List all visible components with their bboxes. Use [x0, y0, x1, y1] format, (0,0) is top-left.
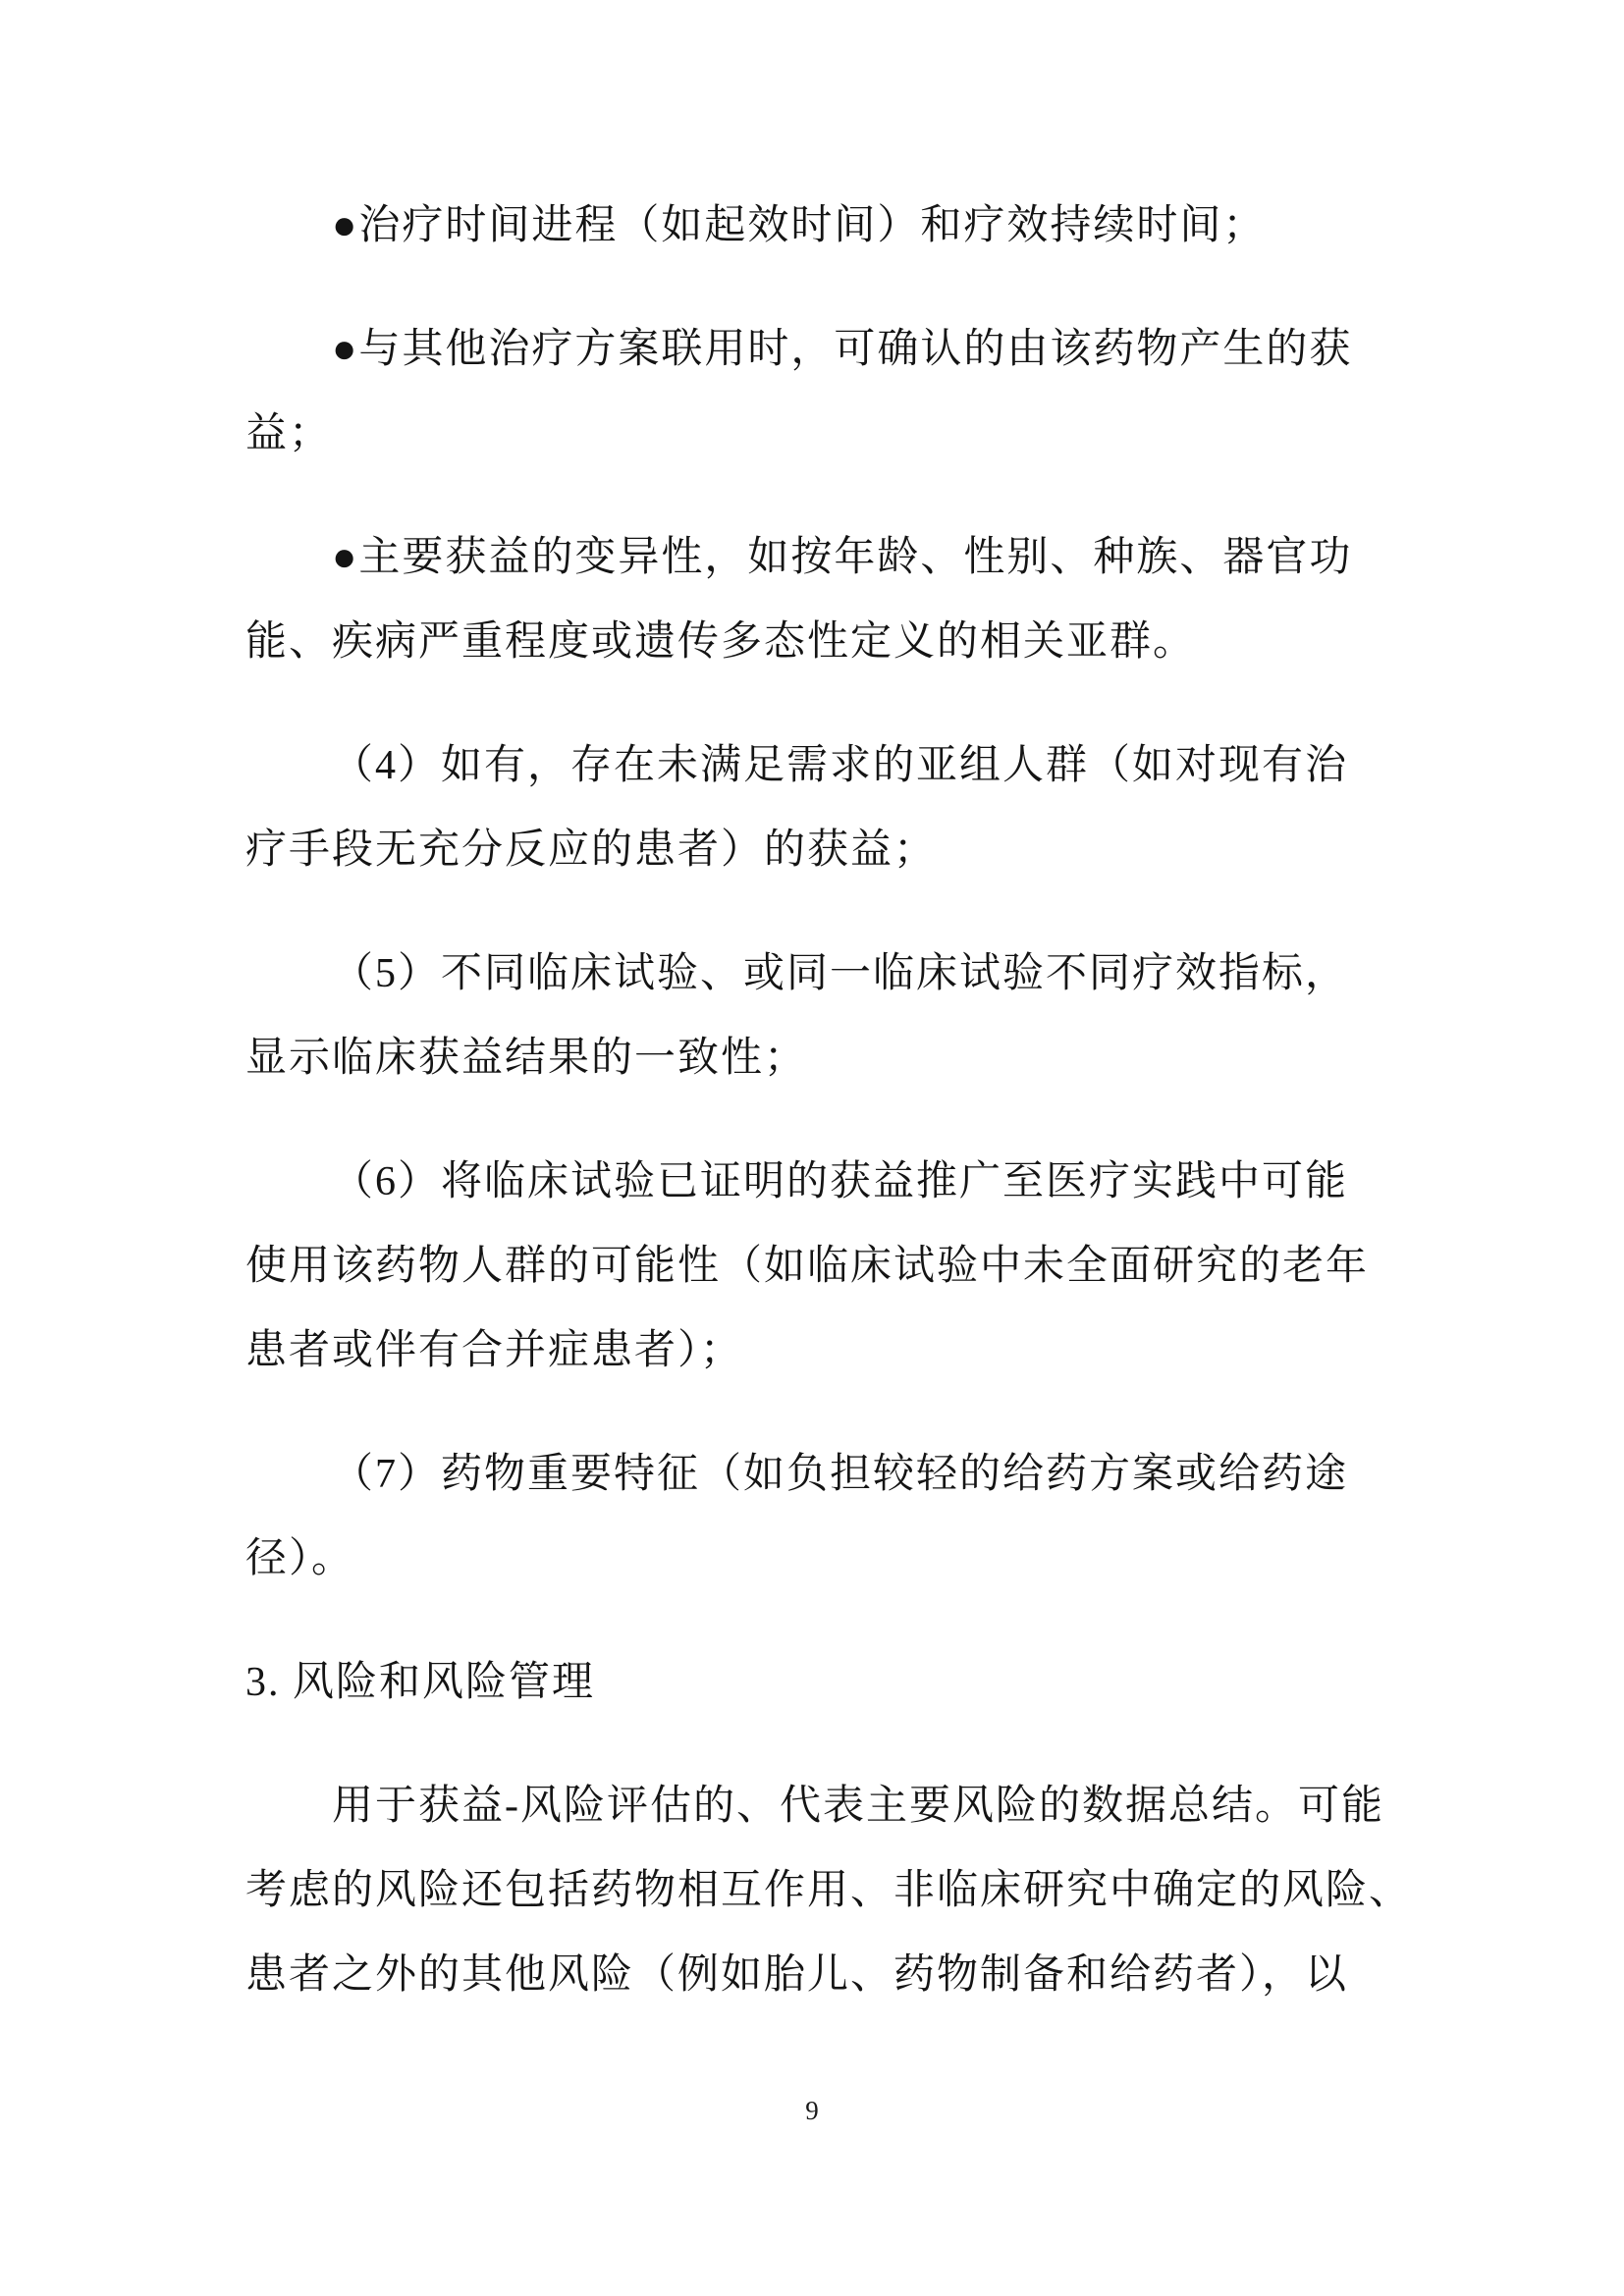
text-line: 用于获益-风险评估的、代表主要风险的数据总结。可能	[245, 1764, 1375, 1848]
bullet-benefit-variability: ●主要获益的变异性，如按年龄、性别、种族、器官功能、疾病严重程度或遗传多态性定义…	[245, 515, 1375, 684]
text-line: 能、疾病严重程度或遗传多态性定义的相关亚群。	[245, 600, 1375, 684]
item-6-generalizability: （6）将临床试验已证明的获益推广至医疗实践中可能使用该药物人群的可能性（如临床试…	[245, 1140, 1375, 1393]
text-line: 显示临床获益结果的一致性；	[245, 1016, 1375, 1100]
text-line: ●与其他治疗方案联用时，可确认的由该药物产生的获	[245, 307, 1375, 392]
text-line: 患者之外的其他风险（例如胎儿、药物制备和给药者），以	[245, 1933, 1375, 2017]
text-line: 径）。	[245, 1517, 1375, 1601]
text-line: 疗手段无充分反应的患者）的获益；	[245, 808, 1375, 892]
text-line: 使用该药物人群的可能性（如临床试验中未全面研究的老年	[245, 1224, 1375, 1308]
text-line: 患者或伴有合并症患者）；	[245, 1308, 1375, 1393]
item-5-consistency: （5）不同临床试验、或同一临床试验不同疗效指标，显示临床获益结果的一致性；	[245, 932, 1375, 1100]
page-number: 9	[805, 2096, 819, 2125]
page-footer: 9	[0, 2094, 1624, 2127]
section-heading-risk-management: 3. 风险和风险管理	[245, 1640, 1375, 1725]
text-line: 益；	[245, 392, 1375, 476]
text-line: （5）不同临床试验、或同一临床试验不同疗效指标，	[245, 932, 1375, 1016]
item-7-drug-features: （7）药物重要特征（如负担较轻的给药方案或给药途径）。	[245, 1432, 1375, 1601]
bullet-combination-therapy: ●与其他治疗方案联用时，可确认的由该药物产生的获益；	[245, 307, 1375, 476]
item-4-unmet-need-subgroup: （4）如有，存在未满足需求的亚组人群（如对现有治疗手段无充分反应的患者）的获益；	[245, 723, 1375, 892]
bullet-time-course: ●治疗时间进程（如起效时间）和疗效持续时间；	[245, 184, 1375, 268]
text-line: （4）如有，存在未满足需求的亚组人群（如对现有治	[245, 723, 1375, 808]
document-content: ●治疗时间进程（如起效时间）和疗效持续时间；●与其他治疗方案联用时，可确认的由该…	[245, 184, 1375, 2056]
section-heading-text: 3. 风险和风险管理	[245, 1640, 1375, 1725]
para-risk-data-summary: 用于获益-风险评估的、代表主要风险的数据总结。可能考虑的风险还包括药物相互作用、…	[245, 1764, 1375, 2017]
text-line: ●治疗时间进程（如起效时间）和疗效持续时间；	[245, 184, 1375, 268]
text-line: （6）将临床试验已证明的获益推广至医疗实践中可能	[245, 1140, 1375, 1224]
text-line: （7）药物重要特征（如负担较轻的给药方案或给药途	[245, 1432, 1375, 1517]
text-line: ●主要获益的变异性，如按年龄、性别、种族、器官功	[245, 515, 1375, 600]
document-page: ●治疗时间进程（如起效时间）和疗效持续时间；●与其他治疗方案联用时，可确认的由该…	[0, 0, 1624, 2296]
text-line: 考虑的风险还包括药物相互作用、非临床研究中确定的风险、	[245, 1848, 1375, 1933]
